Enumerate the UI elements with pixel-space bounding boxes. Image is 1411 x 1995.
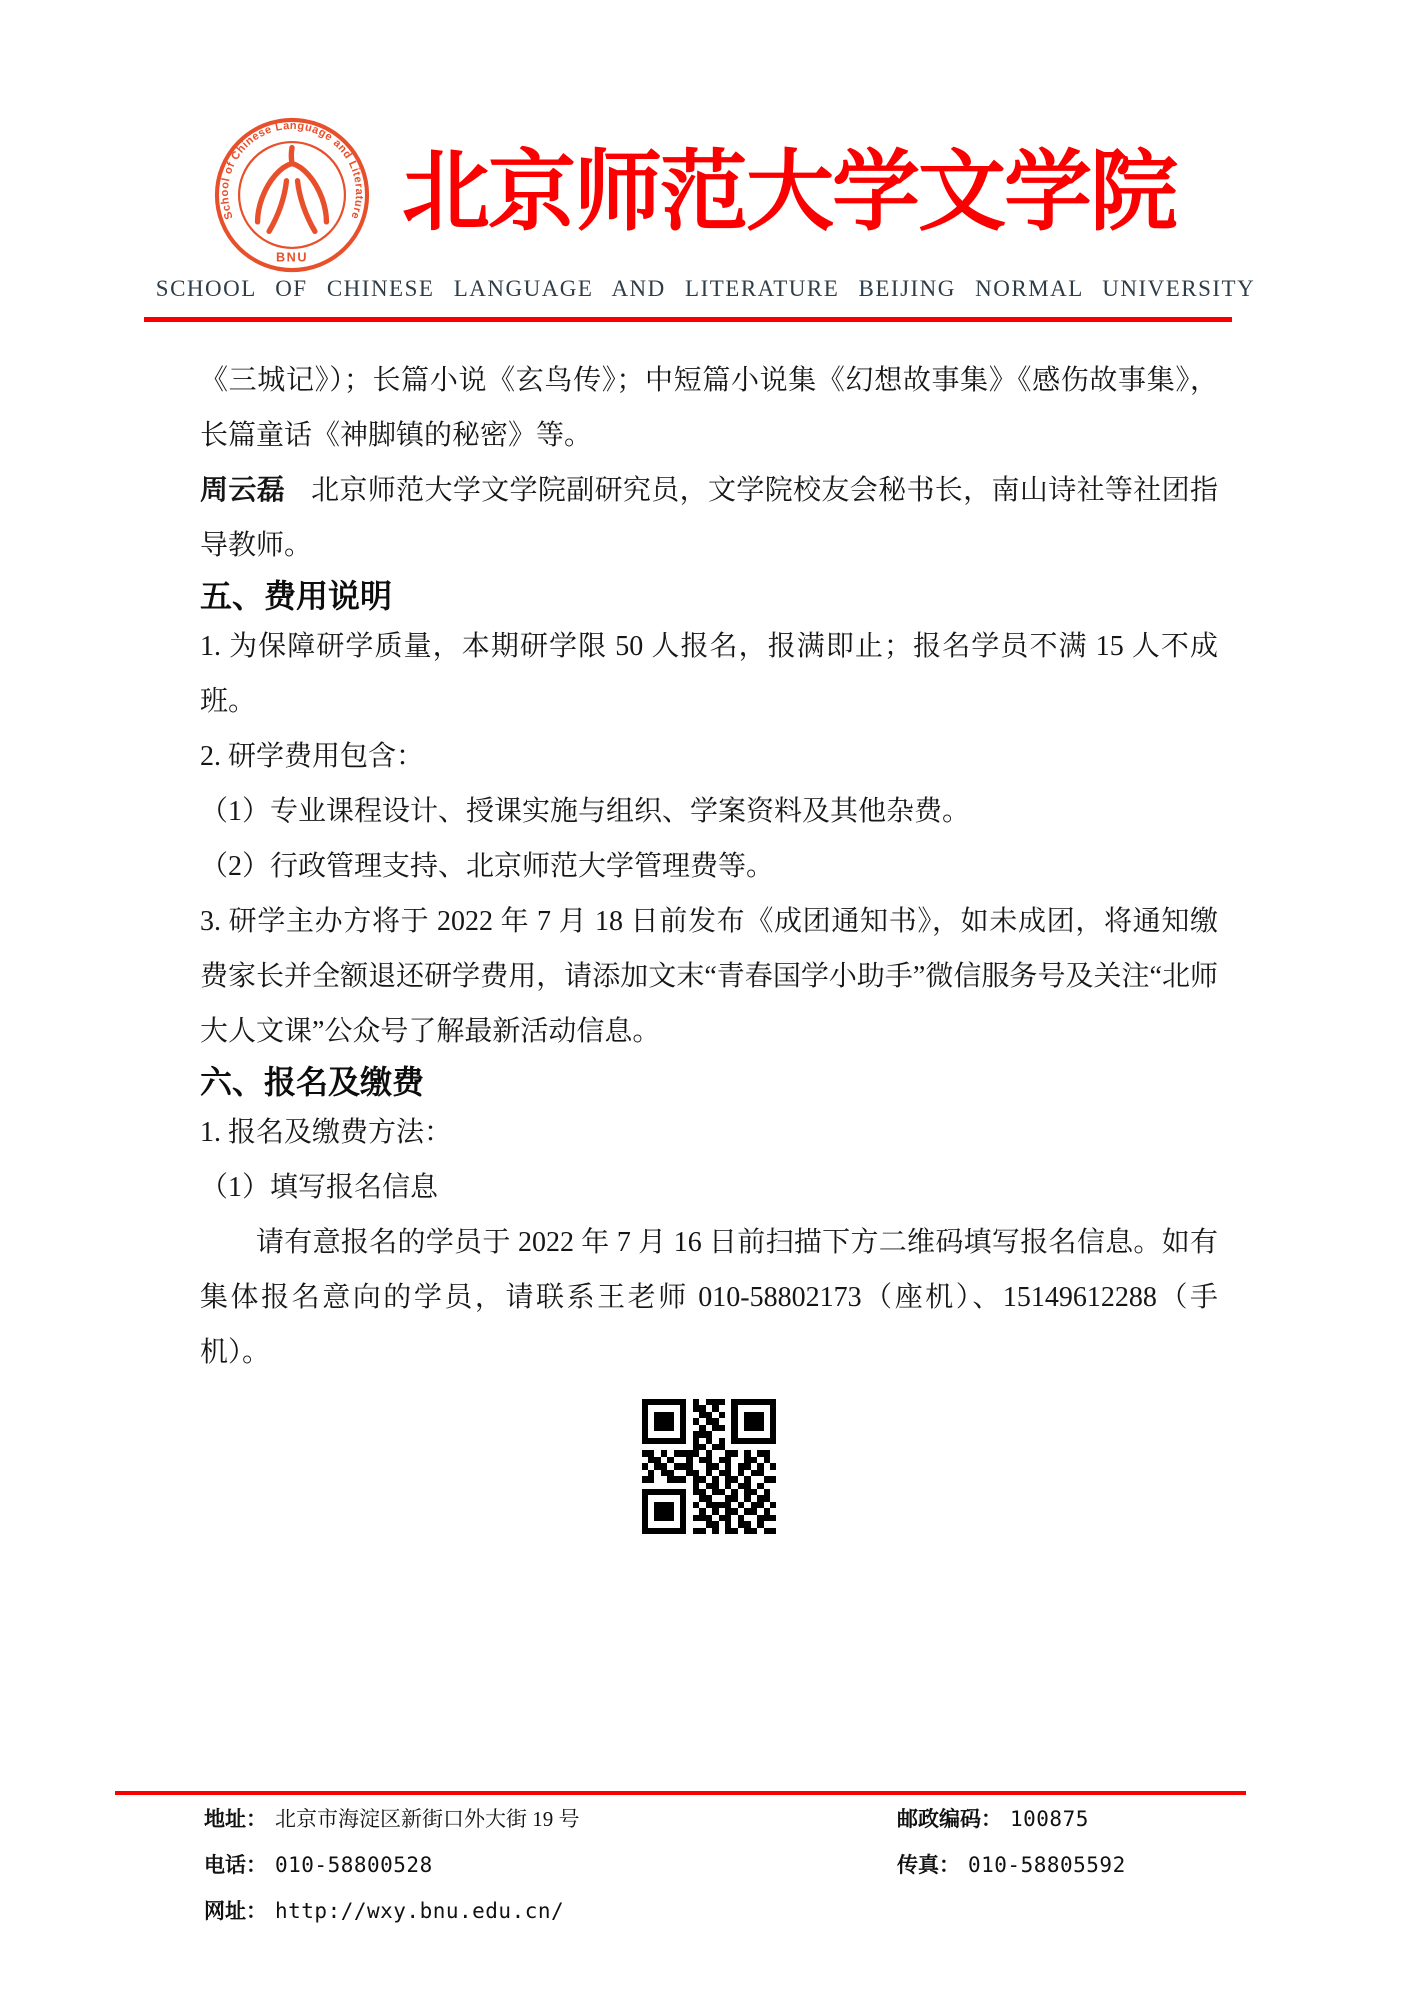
fee-item-1: 1. 为保障研学质量，本期研学限 50 人报名，报满即止；报名学员不满 15 人… <box>200 619 1218 729</box>
registration-item-1-sub-1: （1）填写报名信息 <box>200 1160 1218 1215</box>
intro-paragraph: 《三城记》）；长篇小说《玄鸟传》；中短篇小说集《幻想故事集》《感伤故事集》，长篇… <box>200 353 1218 463</box>
header-divider <box>144 317 1232 322</box>
seal-wen-figure-icon <box>258 148 327 232</box>
document-content: 《三城记》）；长篇小说《玄鸟传》；中短篇小说集《幻想故事集》《感伤故事集》，长篇… <box>200 353 1218 1534</box>
fee-item-3: 3. 研学主办方将于 2022 年 7 月 18 日前发布《成团通知书》，如未成… <box>200 894 1218 1059</box>
qr-code-container <box>200 1399 1218 1534</box>
school-seal-logo: School of Chinese Language and Literatur… <box>213 116 371 274</box>
bio-name: 周云磊 <box>200 475 285 506</box>
phone-label: 电话： <box>204 1853 267 1877</box>
section-6-heading: 六、报名及缴费 <box>200 1059 1218 1105</box>
registration-detail-paragraph: 请有意报名的学员于 2022 年 7 月 16 日前扫描下方二维码填写报名信息。… <box>200 1215 1218 1380</box>
phone-value: 010-58800528 <box>275 1853 433 1877</box>
website-value: http://wxy.bnu.edu.cn/ <box>275 1899 564 1923</box>
fee-item-2: 2. 研学费用包含： <box>200 729 1218 784</box>
address-label: 地址： <box>204 1807 267 1831</box>
fax-value: 010-58805592 <box>968 1853 1126 1877</box>
bio-text: 北京师范大学文学院副研究员，文学院校友会秘书长，南山诗社等社团指导教师。 <box>200 475 1218 561</box>
section-5-heading: 五、费用说明 <box>200 573 1218 619</box>
fax-label: 传真： <box>897 1853 960 1877</box>
bio-paragraph: 周云磊北京师范大学文学院副研究员，文学院校友会秘书长，南山诗社等社团指导教师。 <box>200 463 1218 573</box>
registration-item-1: 1. 报名及缴费方法： <box>200 1105 1218 1160</box>
fee-item-2-sub-2: （2）行政管理支持、北京师范大学管理费等。 <box>200 839 1218 894</box>
address-value: 北京市海淀区新街口外大街 19 号 <box>275 1807 580 1831</box>
page-subtitle: SCHOOL OF CHINESE LANGUAGE AND LITERATUR… <box>0 276 1411 302</box>
qr-code <box>642 1399 777 1534</box>
fee-item-2-sub-1: （1）专业课程设计、授课实施与组织、学案资料及其他杂费。 <box>200 784 1218 839</box>
website-label: 网址： <box>204 1899 267 1923</box>
seal-bnu-text: BNU <box>276 250 308 264</box>
postcode-label: 邮政编码： <box>897 1807 1002 1831</box>
footer-divider <box>115 1791 1246 1795</box>
page-title: 北京师范大学文学院 <box>402 146 1162 242</box>
document-page: School of Chinese Language and Literatur… <box>0 0 1411 1995</box>
postcode-value: 100875 <box>1010 1807 1089 1831</box>
